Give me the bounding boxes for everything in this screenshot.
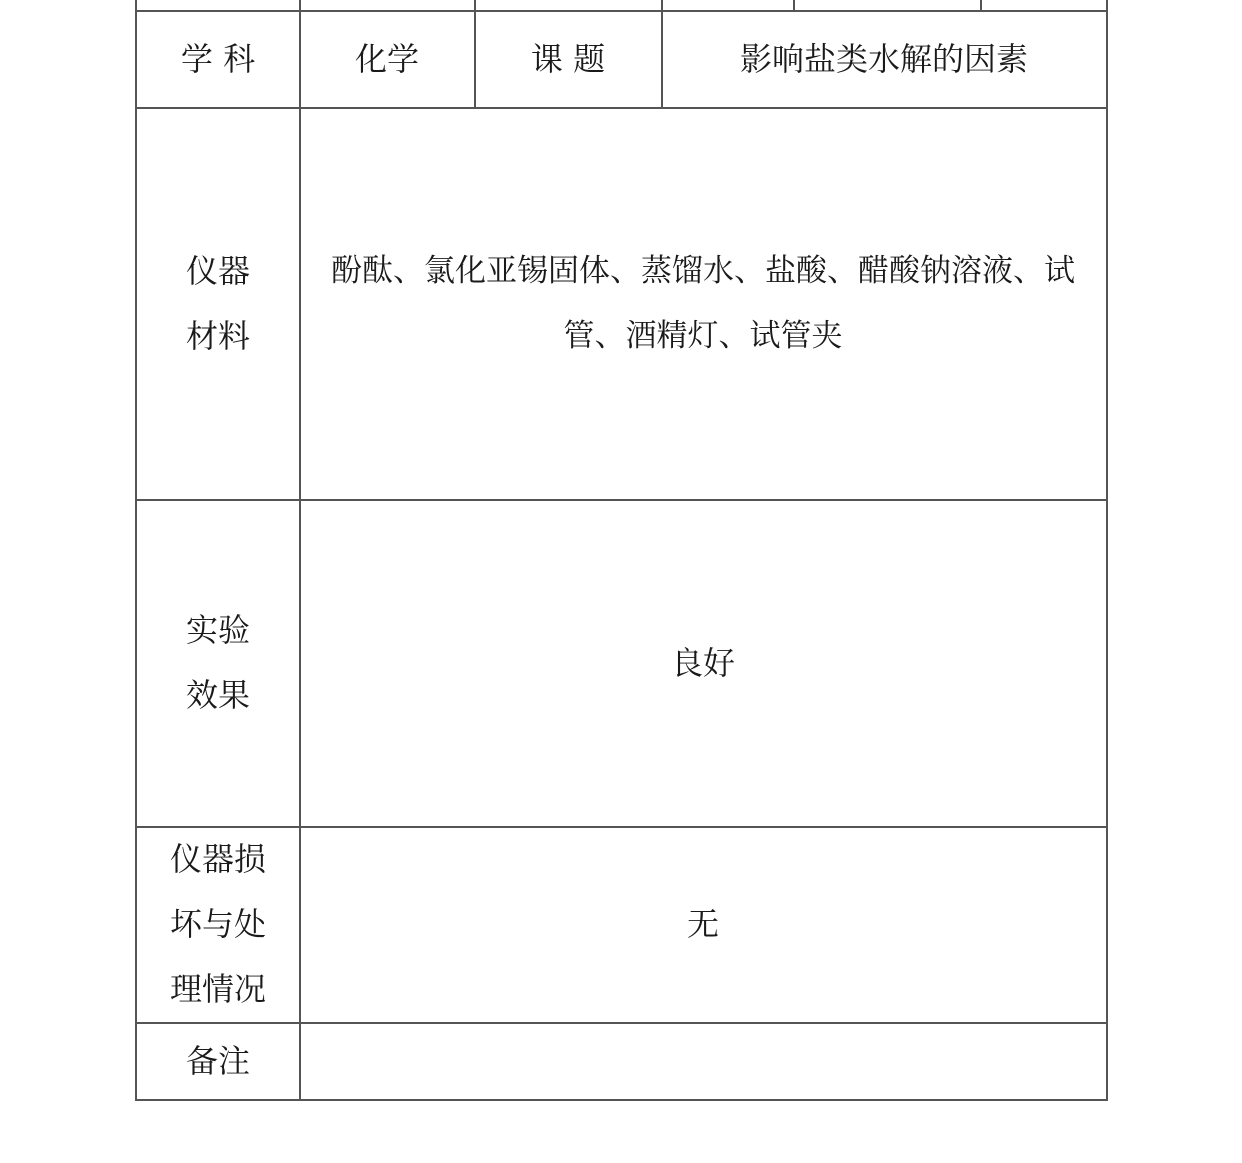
- subject-value: 化学: [355, 27, 419, 92]
- topic-value: 影响盐类水解的因素: [740, 27, 1028, 92]
- notes-value-cell: [300, 1023, 1106, 1099]
- border-right: [1106, 0, 1108, 1101]
- damage-value-cell: 无: [300, 827, 1106, 1022]
- result-label: 实验 效果: [186, 598, 250, 728]
- notes-label-cell: 备注: [136, 1023, 300, 1099]
- topic-label-cell: 课 题: [475, 11, 661, 108]
- equipment-label: 仪器 材料: [186, 239, 250, 369]
- damage-value: 无: [687, 892, 719, 957]
- col-divider-top-a: [793, 0, 795, 10]
- result-label-cell: 实验 效果: [136, 500, 300, 826]
- equipment-value-cell: 酚酞、氯化亚锡固体、蒸馏水、盐酸、醋酸钠溶液、试 管、酒精灯、试管夹: [300, 108, 1106, 499]
- subject-value-cell: 化学: [300, 11, 474, 108]
- row-divider-5: [135, 1099, 1107, 1101]
- notes-label: 备注: [186, 1029, 250, 1094]
- damage-label-cell: 仪器损 坏与处 理情况: [136, 827, 300, 1022]
- result-value-cell: 良好: [300, 500, 1106, 826]
- equipment-value: 酚酞、氯化亚锡固体、蒸馏水、盐酸、醋酸钠溶液、试 管、酒精灯、试管夹: [331, 239, 1075, 369]
- topic-label: 课 题: [531, 27, 605, 92]
- topic-value-cell: 影响盐类水解的因素: [662, 11, 1106, 108]
- equipment-label-cell: 仪器 材料: [136, 108, 300, 499]
- result-value: 良好: [671, 631, 735, 696]
- col-divider-top-b: [980, 0, 982, 10]
- damage-label: 仪器损 坏与处 理情况: [170, 827, 266, 1022]
- subject-label: 学 科: [181, 27, 255, 92]
- subject-label-cell: 学 科: [136, 11, 300, 108]
